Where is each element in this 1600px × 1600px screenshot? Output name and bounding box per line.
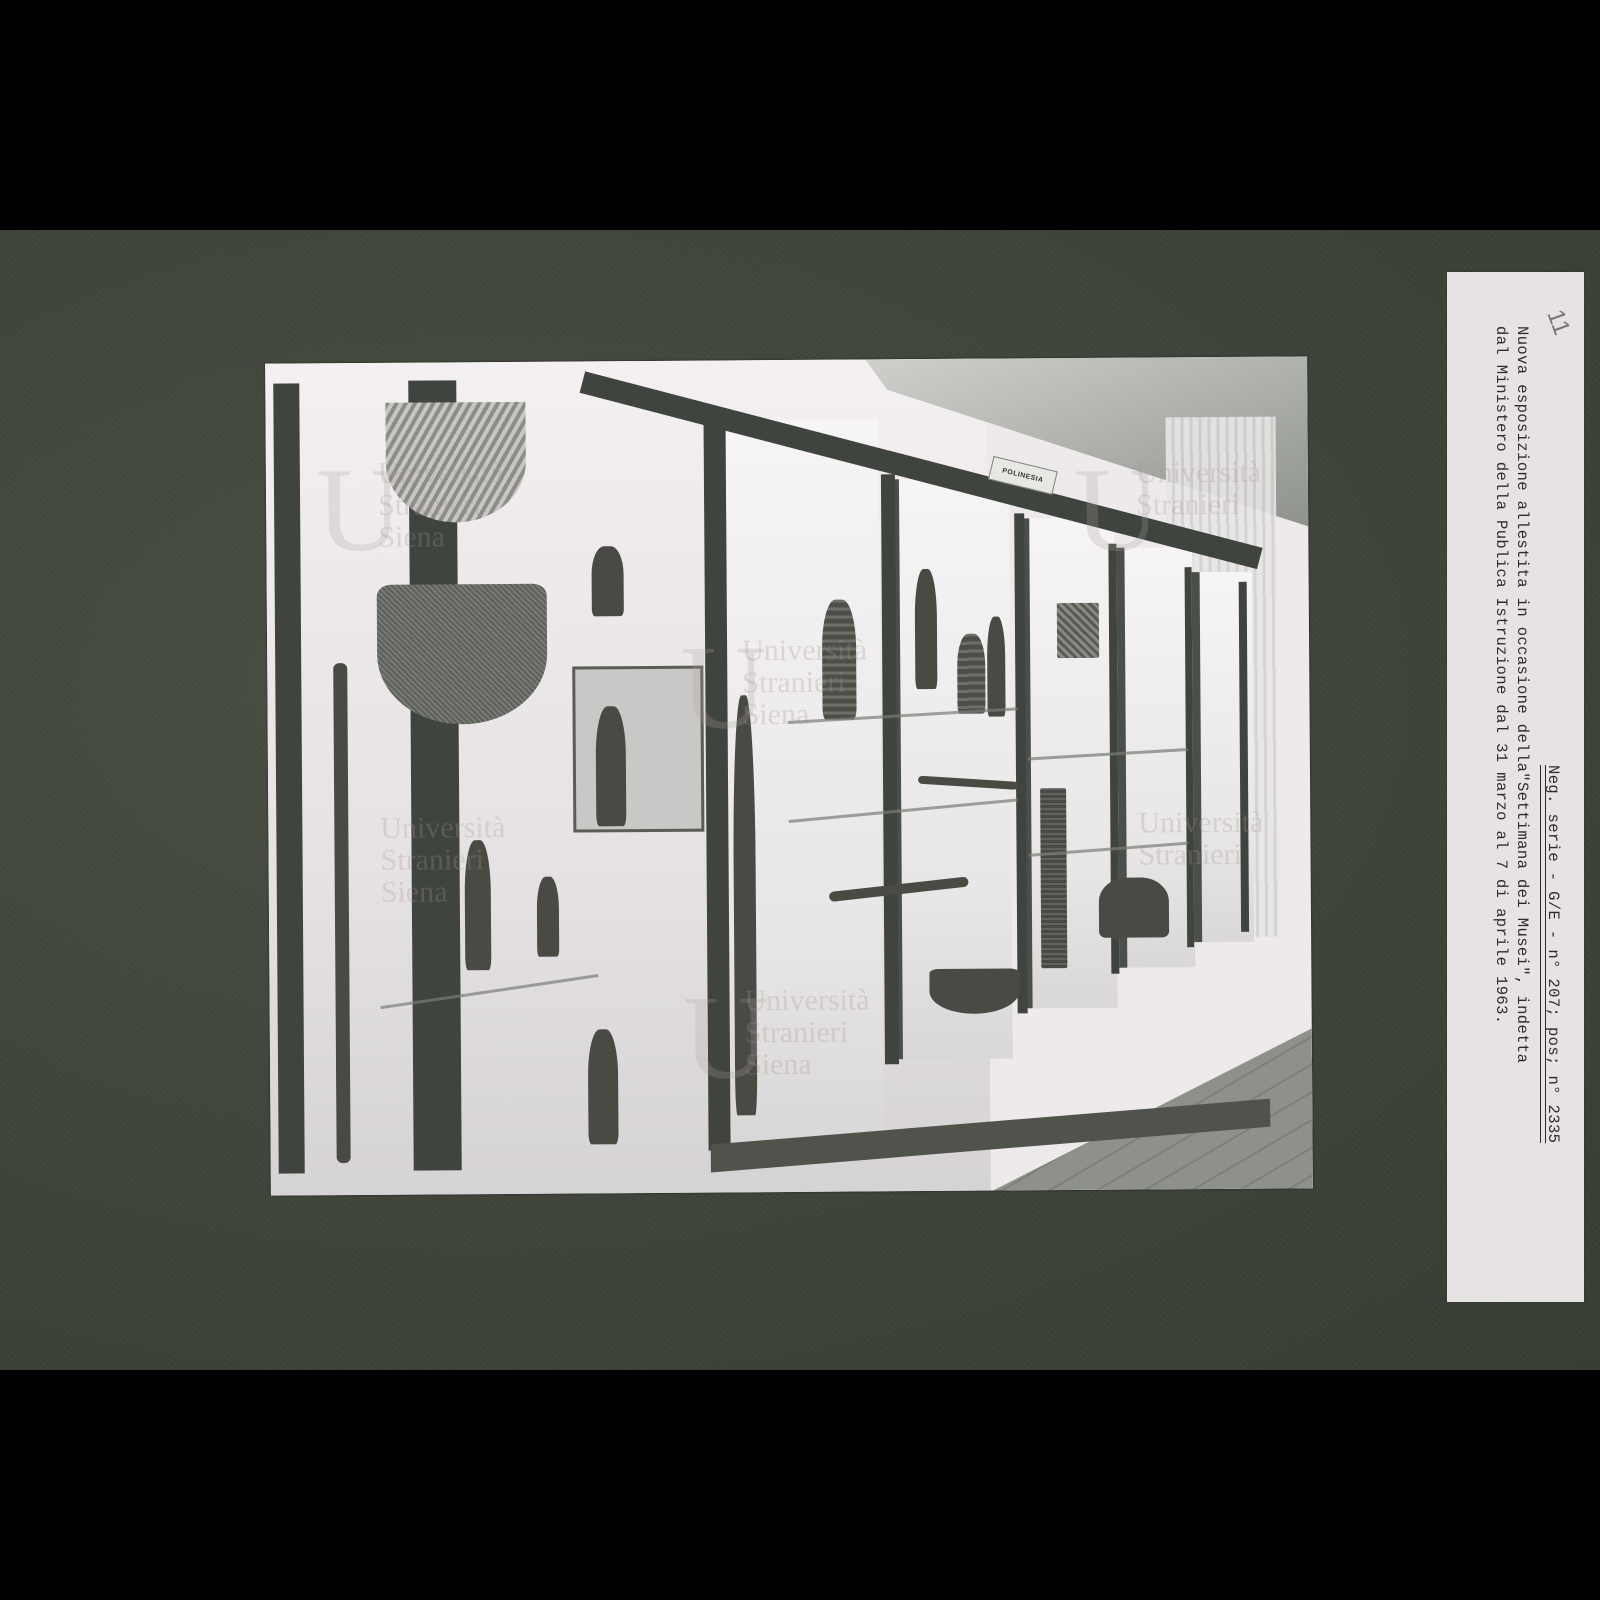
carved-panel — [1057, 603, 1099, 658]
necklace-ornament — [385, 402, 526, 523]
carved-sculpture — [987, 616, 1006, 716]
scan-canvas: POLINESIA U Università Stranieri Siena U… — [0, 0, 1600, 1600]
seat-sculpture — [1099, 877, 1169, 937]
wooden-figure — [464, 840, 491, 970]
caption-line-1: Nuova esposizione allestita in occasione… — [1513, 326, 1531, 1063]
hanging-ornament — [591, 546, 623, 616]
paddle-club — [596, 706, 627, 826]
handwritten-page-number: 11 — [1541, 306, 1576, 339]
carved-sculpture — [957, 634, 986, 714]
negative-reference: Neg. serie - G/E - n° 207; pos; n° 2335 — [1544, 765, 1562, 1143]
case-frame-post — [273, 383, 305, 1173]
wooden-figure — [588, 1029, 619, 1144]
carved-board — [1040, 788, 1067, 968]
carved-sculpture — [915, 569, 938, 689]
wooden-figure — [537, 877, 560, 957]
caption-label-text-block: 11 Neg. serie - G/E - n° 207; pos; n° 23… — [1447, 272, 1584, 1302]
exhibition-photograph: POLINESIA U Università Stranieri Siena U… — [265, 356, 1313, 1195]
caption-line-2: dal Ministero della Publica Istruzione d… — [1492, 326, 1510, 1025]
caption-label: 11 Neg. serie - G/E - n° 207; pos; n° 23… — [1447, 272, 1584, 1302]
carved-sculpture — [822, 600, 857, 720]
woven-shield — [377, 584, 548, 725]
wall-mirror-display — [572, 666, 704, 833]
